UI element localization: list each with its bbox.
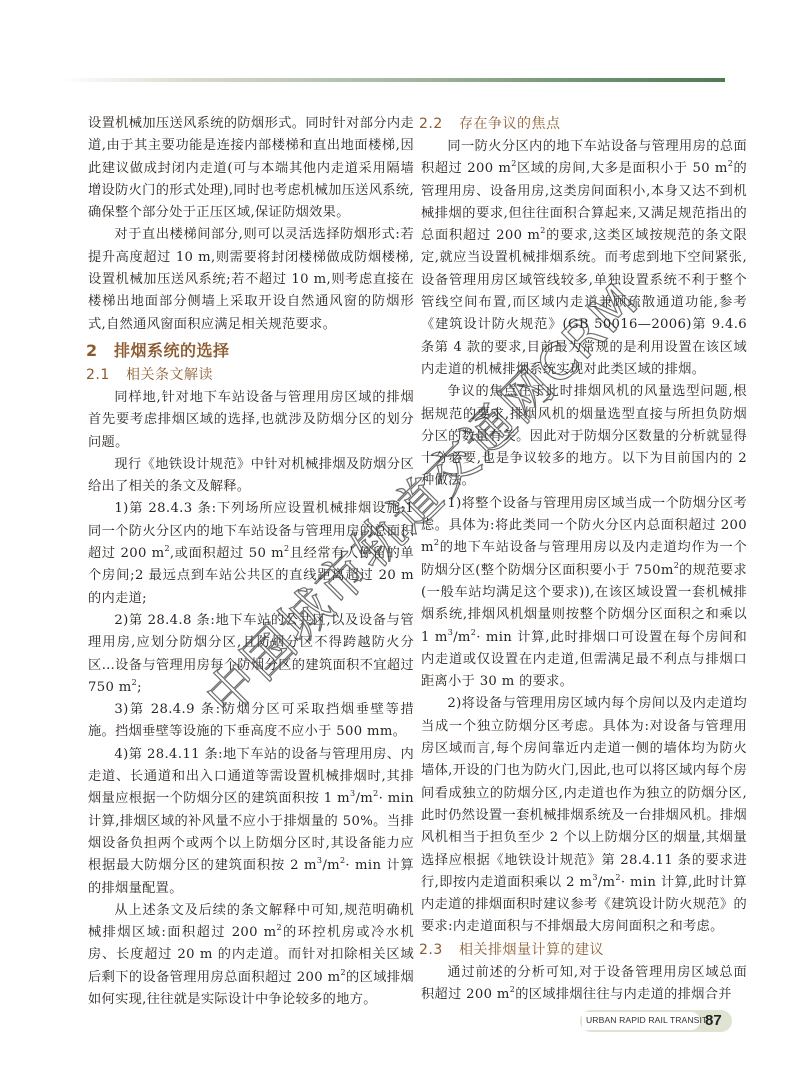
paragraph: 通过前述的分析可知,对于设备管理用房区域总面积超过 200 m2的区域排烟往往与… <box>421 962 747 1007</box>
page-number: 87 <box>705 1012 722 1029</box>
method-2: 2)将设备与管理用房区域内每个房间以及内走道均当成一个独立防烟分区考虑。具体为:… <box>421 693 747 938</box>
clause-28-4-9: 3)第 28.4.9 条:防烟分区可采取挡烟垂壁等措施。挡烟垂壁等设施的下垂高度… <box>88 699 414 744</box>
right-column: 2.2存在争议的焦点 同一防火分区内的地下车站设备与管理用房的总面积超过 200… <box>421 113 747 1006</box>
section-heading-2-1: 2.1相关条文解读 <box>86 364 414 387</box>
section-heading-2-2: 2.2存在争议的焦点 <box>419 113 747 136</box>
clause-28-4-11: 4)第 28.4.11 条:地下车站的设备与管理用房、内走道、长通道和出入口通道… <box>88 744 414 900</box>
journal-name: URBAN RAPID RAIL TRANSIT <box>586 1015 707 1025</box>
footer-badge: URBAN RAPID RAIL TRANSIT 87 <box>580 1010 732 1032</box>
header-rule <box>60 78 725 82</box>
paragraph: 现行《地铁设计规范》中针对机械排烟及防烟分区给出了相关的条文及解释。 <box>88 454 414 499</box>
paragraph: 对于直出楼梯间部分,则可以灵活选择防烟形式:若提升高度超过 10 m,则需要将封… <box>88 224 414 335</box>
section-heading-2-3: 2.3相关排烟量计算的建议 <box>419 939 747 962</box>
paragraph: 同样地,针对地下车站设备与管理用房区域的排烟首先要考虑排烟区域的选择,也就涉及防… <box>88 387 414 454</box>
paragraph: 争议的焦点在于此时排烟风机的风量选型问题,根据规范的要求,排烟风机的烟量选型直接… <box>421 381 747 492</box>
method-1: 1)将整个设备与管理用房区域当成一个防烟分区考虑。具体为:将此类同一个防火分区内… <box>421 493 747 694</box>
paragraph: 同一防火分区内的地下车站设备与管理用房的总面积超过 200 m2区域的房间,大多… <box>421 136 747 381</box>
left-column: 设置机械加压送风系统的防烟形式。同时针对部分内走道,由于其主要功能是连接内部楼梯… <box>88 113 414 1011</box>
paragraph: 设置机械加压送风系统的防烟形式。同时针对部分内走道,由于其主要功能是连接内部楼梯… <box>88 113 414 224</box>
paragraph: 从上述条文及后续的条文解释中可知,规范明确机械排烟区域:面积超过 200 m2的… <box>88 900 414 1011</box>
section-heading-2: 2排烟系统的选择 <box>86 338 414 364</box>
clause-28-4-8: 2)第 28.4.8 条:地下车站的公共区,以及设备与管理用房,应划分防烟分区,… <box>88 610 414 699</box>
clause-28-4-3: 1)第 28.4.3 条:下列场所应设置机械排烟设施:1 同一个防火分区内的地下… <box>88 498 414 609</box>
